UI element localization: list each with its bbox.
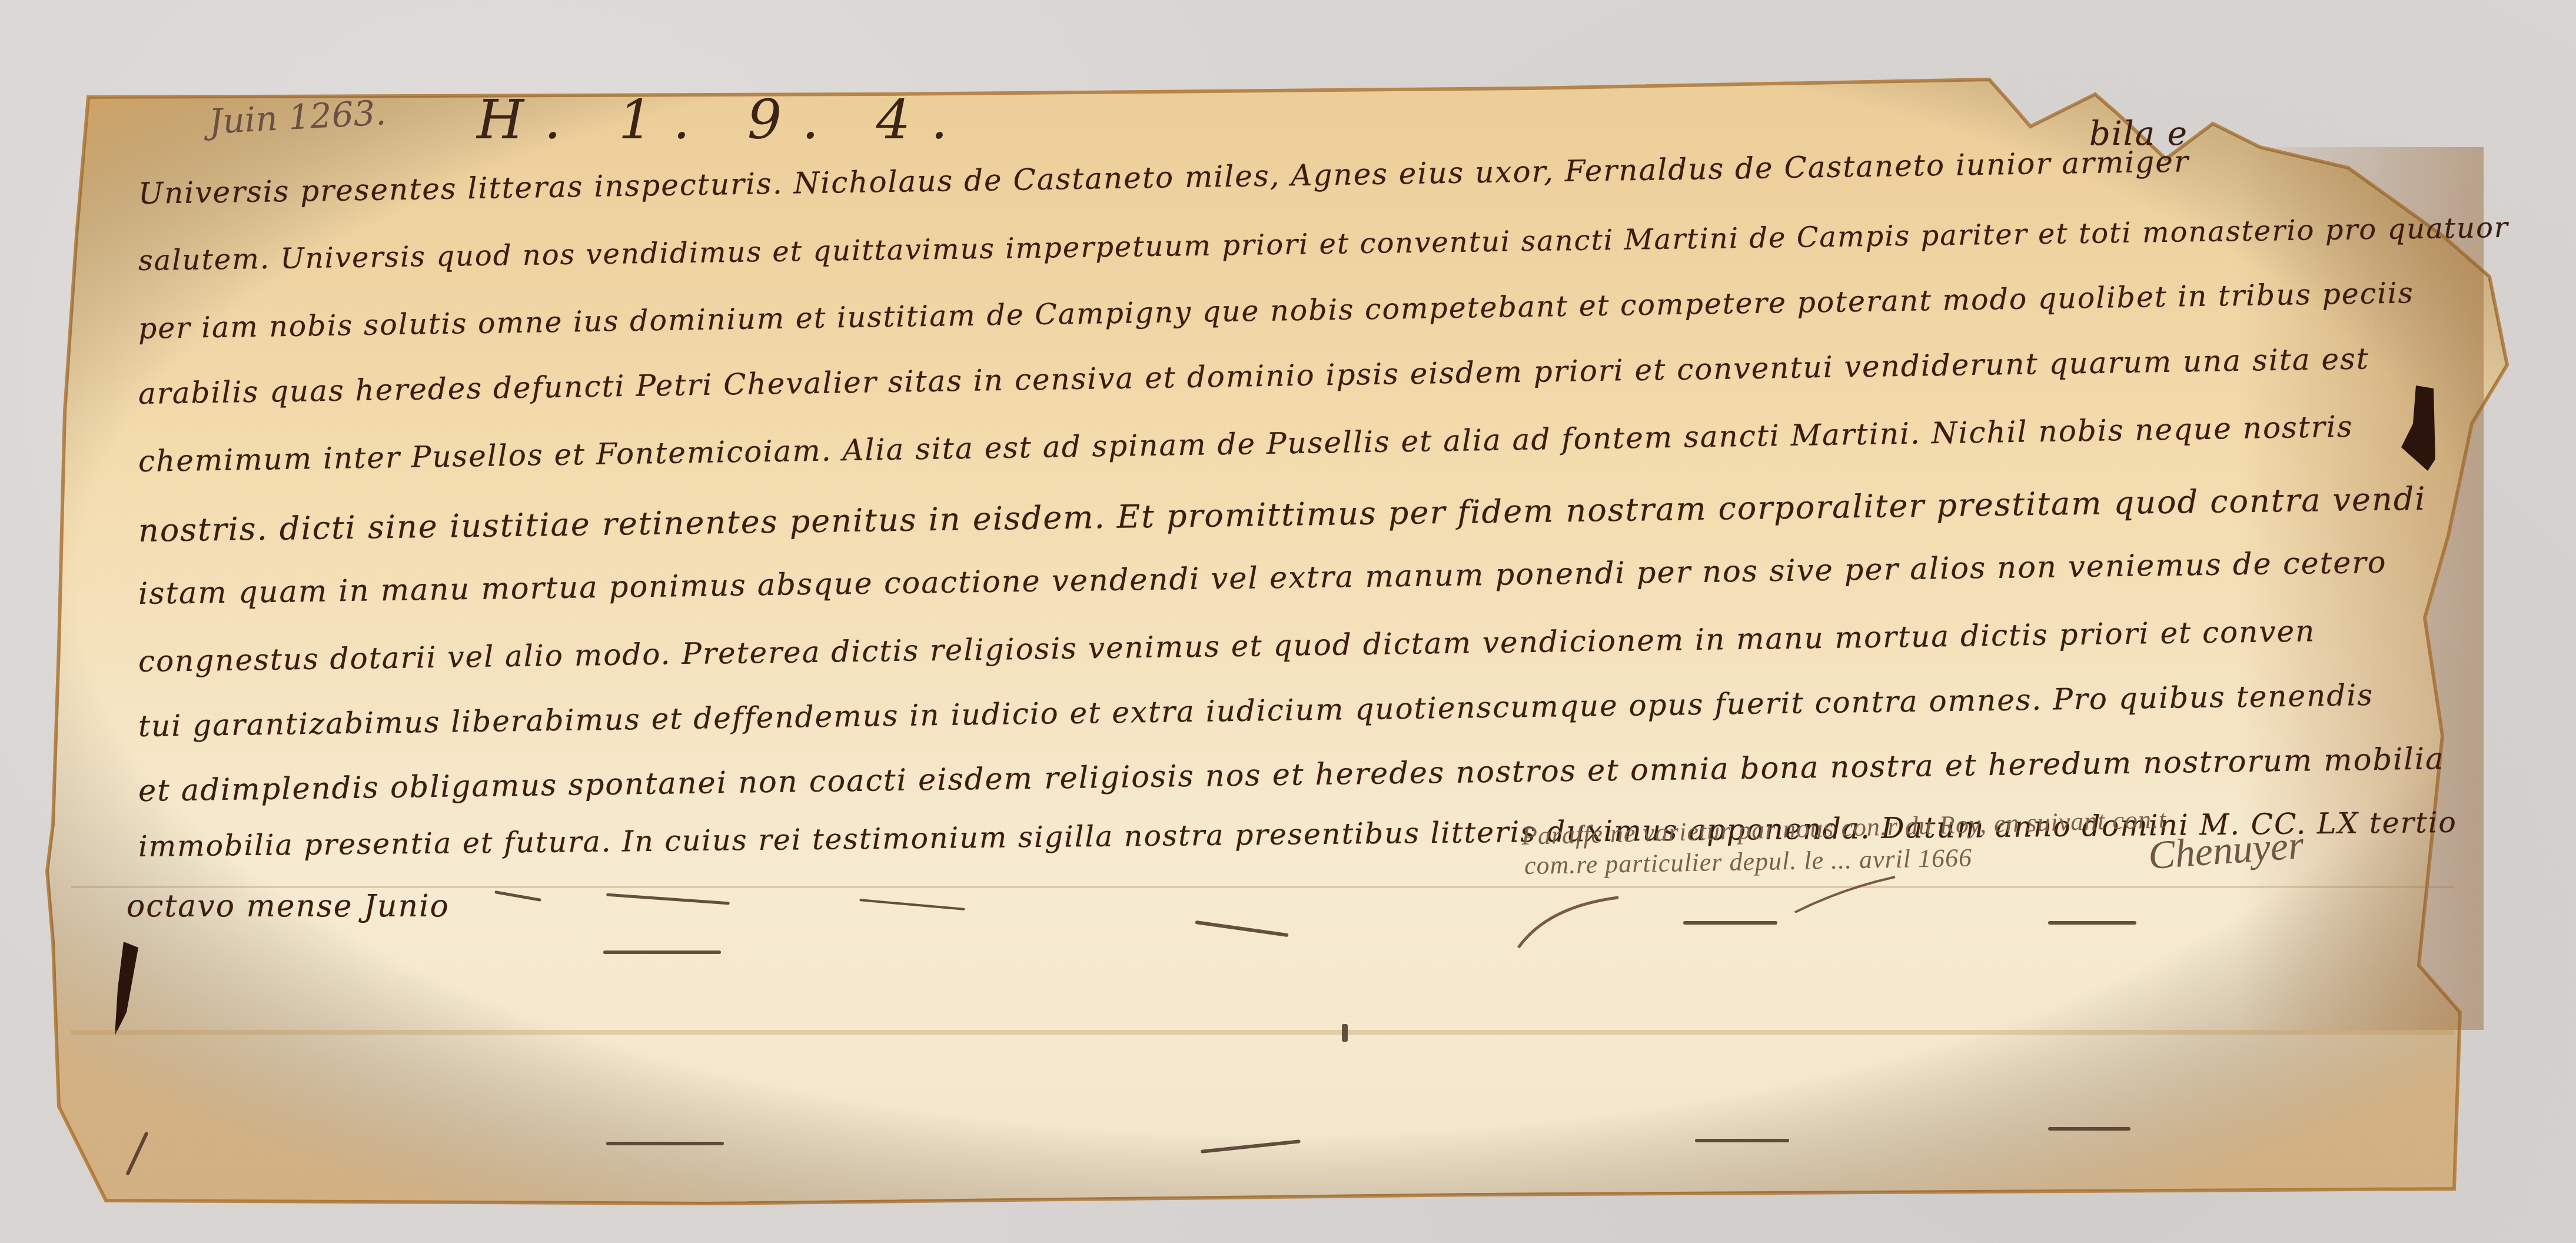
seal-slit [603,950,721,954]
charter-line-8: congnestus dotarii vel alio modo. Preter… [138,614,2316,679]
seal-slit [2048,1127,2130,1131]
annotation-flourish [1513,842,1924,959]
charter-line-2: salutem. Universis quod nos vendidimus e… [138,211,2509,277]
charter-line-6: nostris. dicti sine iustitiae retinentes… [138,480,2427,549]
charter-line-12: octavo mense Junio [127,889,450,924]
seal-slit [2048,921,2136,925]
seal-slit [606,1142,724,1145]
charter-line-5: chemimum inter Pusellos et Fontemicoiam.… [138,410,2354,478]
charter-line-1: Universis presentes litteras inspecturis… [138,144,2190,211]
date-note: Juin 1263. [208,92,387,142]
shelf-mark: H. 1. 9. 4. [477,88,968,151]
charter-line-9: tui garantizabimus liberabimus et deffen… [138,678,2374,743]
charter-line-7: istam quam in manu mortua ponimus absque… [138,546,2387,611]
charter-line-4: arabilis quas heredes defuncti Petri Che… [138,341,2370,411]
archival-signature: Chenuyer [2147,822,2305,879]
charter-line-10: et adimplendis obligamus spontanei non c… [138,742,2445,809]
seal-slit [1342,1024,1348,1042]
seal-slit [1695,1139,1789,1142]
charter-line-3: per iam nobis solutis omne ius dominium … [138,276,2415,345]
charter-text: Juin 1263. H. 1. 9. 4. bila e Universis … [0,0,2576,1243]
